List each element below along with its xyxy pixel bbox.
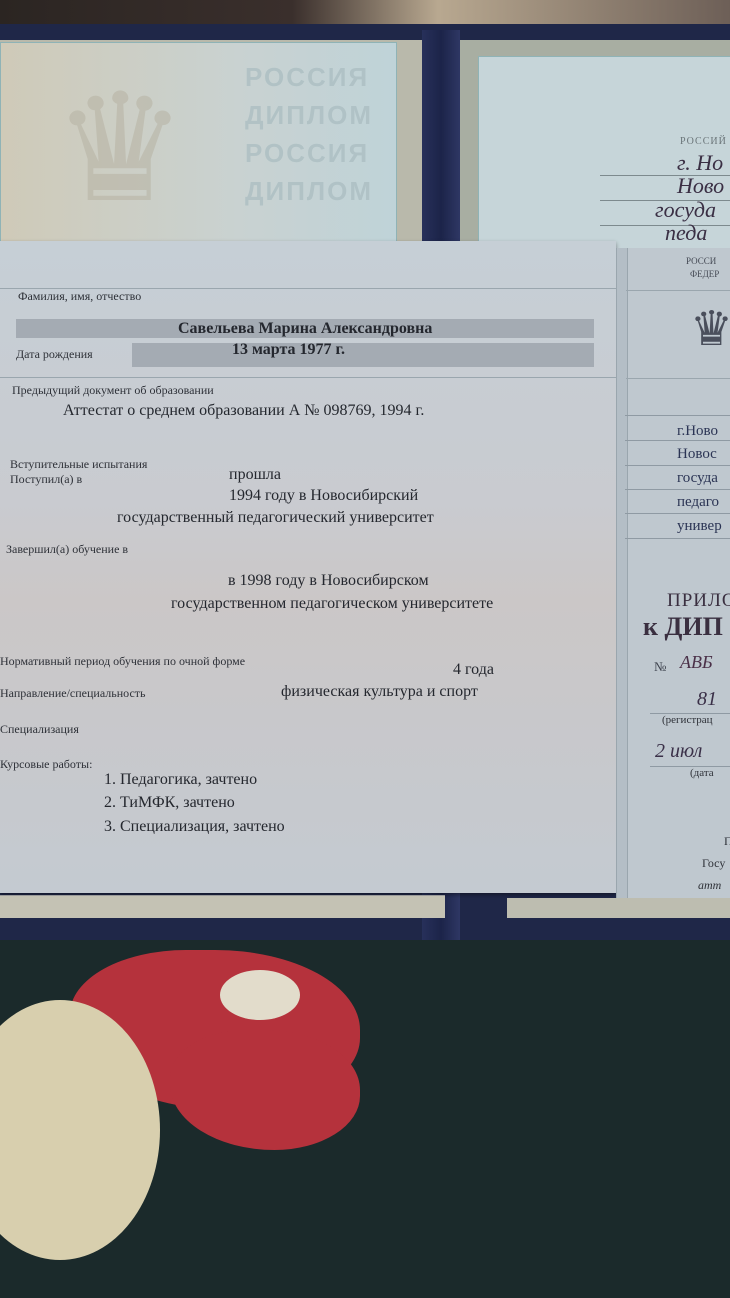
footer-line-3: атт [698, 878, 721, 893]
specialty-value: физическая культура и спорт [281, 683, 478, 701]
enrolled-value-2: государственный педагогический университ… [117, 509, 434, 527]
dob-value: 13 марта 1977 г. [232, 341, 345, 359]
period-value: 4 года [453, 661, 494, 679]
title-line-2: к ДИП [643, 612, 723, 642]
entrance-label: Вступительные испытания [10, 457, 147, 472]
carpet-cream-pattern [220, 970, 300, 1020]
carpet-background [0, 940, 730, 1298]
city-line-1: г.Ново [677, 423, 718, 440]
handwritten-line-4: педа [665, 220, 707, 246]
cover-right-header: РОССИЙ [680, 136, 727, 147]
registration-number-value: 81 [697, 688, 717, 711]
city-line-3: госуда [677, 470, 718, 487]
country-label-1: РОССИ [686, 256, 716, 266]
coat-of-arms-icon: ♛ [690, 300, 730, 360]
divider [626, 378, 730, 379]
coat-of-arms-watermark-icon: ♛ [10, 60, 230, 240]
prev-doc-value: Аттестат о среднем образовании А № 09876… [63, 402, 424, 420]
divider [626, 290, 730, 291]
cover-bottom-page-edge-right [507, 898, 730, 918]
specialization-label: Специализация [0, 722, 79, 737]
cover-watermark-text: РОССИЯ ДИПЛОМ РОССИЯ ДИПЛОМ [245, 58, 373, 210]
form-line [625, 440, 730, 441]
title-line-1: ПРИЛО [667, 590, 730, 612]
issue-date-value: 2 июл [655, 740, 702, 763]
city-line-5: универ [677, 518, 722, 535]
dob-label: Дата рождения [16, 347, 93, 362]
form-line [625, 489, 730, 490]
number-value: АВБ [680, 652, 713, 673]
fio-value: Савельева Марина Александровна [178, 320, 432, 338]
specialty-label: Направление/специальность [0, 686, 145, 701]
form-line [625, 415, 730, 416]
handwritten-line-2: Ново [677, 173, 724, 199]
diploma-supplement-sheet: Фамилия, имя, отчество Савельева Марина … [0, 241, 616, 893]
form-line [625, 538, 730, 539]
finished-label: Завершил(а) обучение в [6, 542, 128, 557]
enrolled-label: Поступил(а) в [10, 472, 82, 487]
fio-label: Фамилия, имя, отчество [18, 289, 141, 304]
city-line-2: Новос [677, 446, 717, 463]
coursework-item: 2. ТиМФК, зачтено [104, 794, 235, 812]
footer-line-2: Госу [702, 856, 725, 871]
issue-date-label: (дата [690, 767, 714, 779]
enrolled-value-1: 1994 году в Новосибирский [229, 487, 418, 505]
finished-value-2: государственном педагогическом университ… [171, 595, 493, 613]
coursework-item: 3. Специализация, зачтено [104, 818, 285, 836]
cover-bottom-page-edge [0, 895, 445, 918]
carpet-red-pattern [170, 1030, 360, 1150]
footer-line-1: П [724, 834, 730, 849]
coursework-label: Курсовые работы: [0, 757, 92, 772]
city-line-4: педаго [677, 494, 719, 511]
form-line [625, 465, 730, 466]
form-line [625, 513, 730, 514]
finished-value-1: в 1998 году в Новосибирском [228, 572, 429, 590]
dob-field-shade [132, 343, 594, 367]
panel-fold [616, 248, 628, 898]
period-label: Нормативный период обучения по очной фор… [0, 654, 245, 669]
coursework-item: 1. Педагогика, зачтено [104, 771, 257, 789]
number-prefix: № [654, 659, 666, 675]
registration-label: (регистрац [662, 714, 713, 726]
country-label-2: ФЕДЕР [690, 269, 719, 279]
entrance-value: прошла [229, 466, 281, 484]
prev-doc-label: Предыдущий документ об образовании [12, 383, 214, 398]
divider [0, 377, 616, 378]
